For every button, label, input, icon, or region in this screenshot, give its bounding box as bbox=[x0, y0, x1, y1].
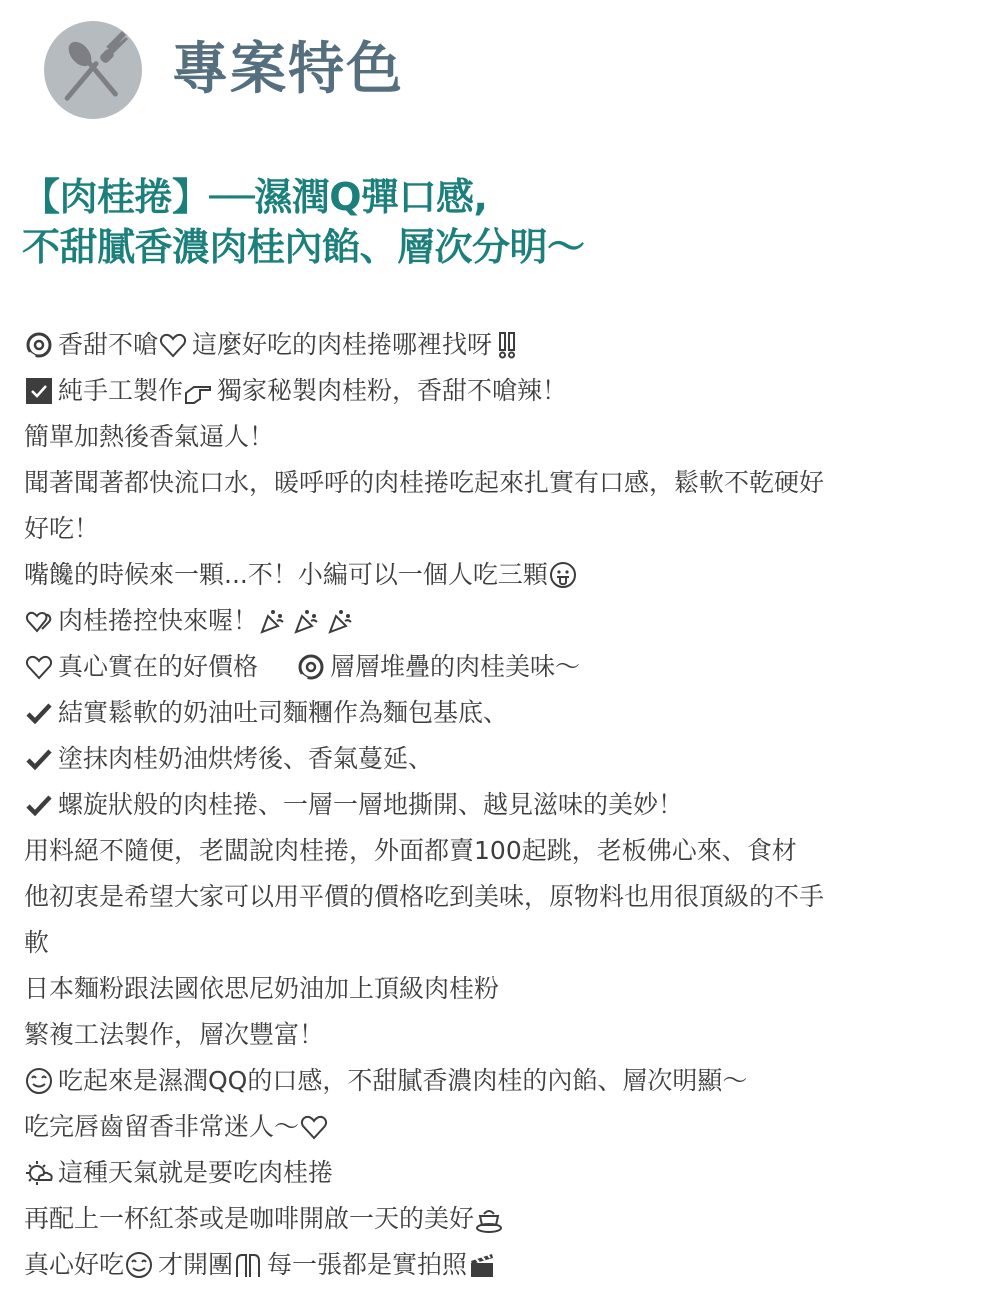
check-mark-icon bbox=[24, 744, 54, 774]
sun-behind-cloud-icon bbox=[24, 1158, 54, 1188]
text-line: 真心好吃 才開團 每一張都是實拍照 bbox=[24, 1242, 984, 1288]
check-mark-icon bbox=[24, 790, 54, 820]
check-mark-icon bbox=[24, 698, 54, 728]
pointing-hand-icon bbox=[183, 376, 213, 406]
subtitle: 【肉桂捲】──濕潤Q彈口感, 不甜膩香濃肉桂內餡、層次分明～ bbox=[22, 172, 585, 272]
revolving-hearts-icon bbox=[24, 606, 54, 636]
subtitle-line-2: 不甜膩香濃肉桂內餡、層次分明～ bbox=[22, 222, 585, 272]
subtitle-line-1: 【肉桂捲】──濕潤Q彈口感, bbox=[22, 172, 585, 222]
text-line: 吃起來是濕潤QQ的口感，不甜膩香濃肉桂的內餡、層次明顯～ bbox=[24, 1058, 984, 1104]
heart-outline-icon bbox=[299, 1112, 329, 1142]
text-line: 嘴饞的時候來一顆...不！小編可以一個人吃三顆 bbox=[24, 552, 984, 598]
text-line: 香甜不嗆 這麼好吃的肉桂捲哪裡找呀 bbox=[24, 322, 984, 368]
text-line: 螺旋狀般的肉桂捲、一層一層地撕開、越見滋味的美妙！ bbox=[24, 782, 984, 828]
text-line: 日本麵粉跟法國依思尼奶油加上頂級肉桂粉 bbox=[24, 966, 984, 1012]
text-line: 軟 bbox=[24, 920, 984, 966]
raised-hands-icon bbox=[233, 1250, 263, 1280]
heart-outline-icon bbox=[24, 652, 54, 682]
heart-outline-icon bbox=[158, 330, 188, 360]
yum-face-icon bbox=[24, 1066, 54, 1096]
hot-beverage-icon bbox=[474, 1204, 504, 1234]
yum-face-icon bbox=[124, 1250, 154, 1280]
text-line: 吃完唇齒留香非常迷人～ bbox=[24, 1104, 984, 1150]
text-line: 好吃！ bbox=[24, 506, 984, 552]
party-popper-icon bbox=[326, 606, 356, 636]
party-popper-icon bbox=[292, 606, 322, 636]
text-line: 真心實在的好價格 層層堆疊的肉桂美味～ bbox=[24, 644, 984, 690]
text-line: 繁複工法製作，層次豐富！ bbox=[24, 1012, 984, 1058]
cyclone-icon bbox=[24, 330, 54, 360]
text-line: 結實鬆軟的奶油吐司麵糰作為麵包基底、 bbox=[24, 690, 984, 736]
text-line: 肉桂捲控快來喔！ bbox=[24, 598, 984, 644]
text-line: 用料絕不隨便，老闆說肉桂捲，外面都賣100起跳，老板佛心來、食材 bbox=[24, 828, 984, 874]
tongue-face-icon bbox=[548, 560, 578, 590]
double-exclamation-icon bbox=[492, 330, 522, 360]
fork-and-spoon-icon bbox=[44, 21, 142, 119]
check-box-icon bbox=[24, 376, 54, 406]
page-title: 專案特色 bbox=[172, 42, 404, 98]
text-line: 聞著聞著都快流口水，暖呼呼的肉桂捲吃起來扎實有口感，鬆軟不乾硬好 bbox=[24, 460, 984, 506]
party-popper-icon bbox=[258, 606, 288, 636]
feature-description: 香甜不嗆 這麼好吃的肉桂捲哪裡找呀 純手工製作 獨家秘製肉桂粉，香甜不嗆辣！ 簡… bbox=[24, 322, 984, 1288]
clapper-board-icon bbox=[467, 1250, 497, 1280]
cyclone-icon bbox=[296, 652, 326, 682]
text-line: 他初衷是希望大家可以用平價的價格吃到美味，原物料也用很頂級的不手 bbox=[24, 874, 984, 920]
header: 專案特色 bbox=[44, 21, 404, 119]
text-line: 塗抹肉桂奶油烘烤後、香氣蔓延、 bbox=[24, 736, 984, 782]
text-line: 純手工製作 獨家秘製肉桂粉，香甜不嗆辣！ bbox=[24, 368, 984, 414]
text-line: 簡單加熱後香氣逼人！ bbox=[24, 414, 984, 460]
text-line: 再配上一杯紅茶或是咖啡開啟一天的美好 bbox=[24, 1196, 984, 1242]
text-line: 這種天氣就是要吃肉桂捲 bbox=[24, 1150, 984, 1196]
